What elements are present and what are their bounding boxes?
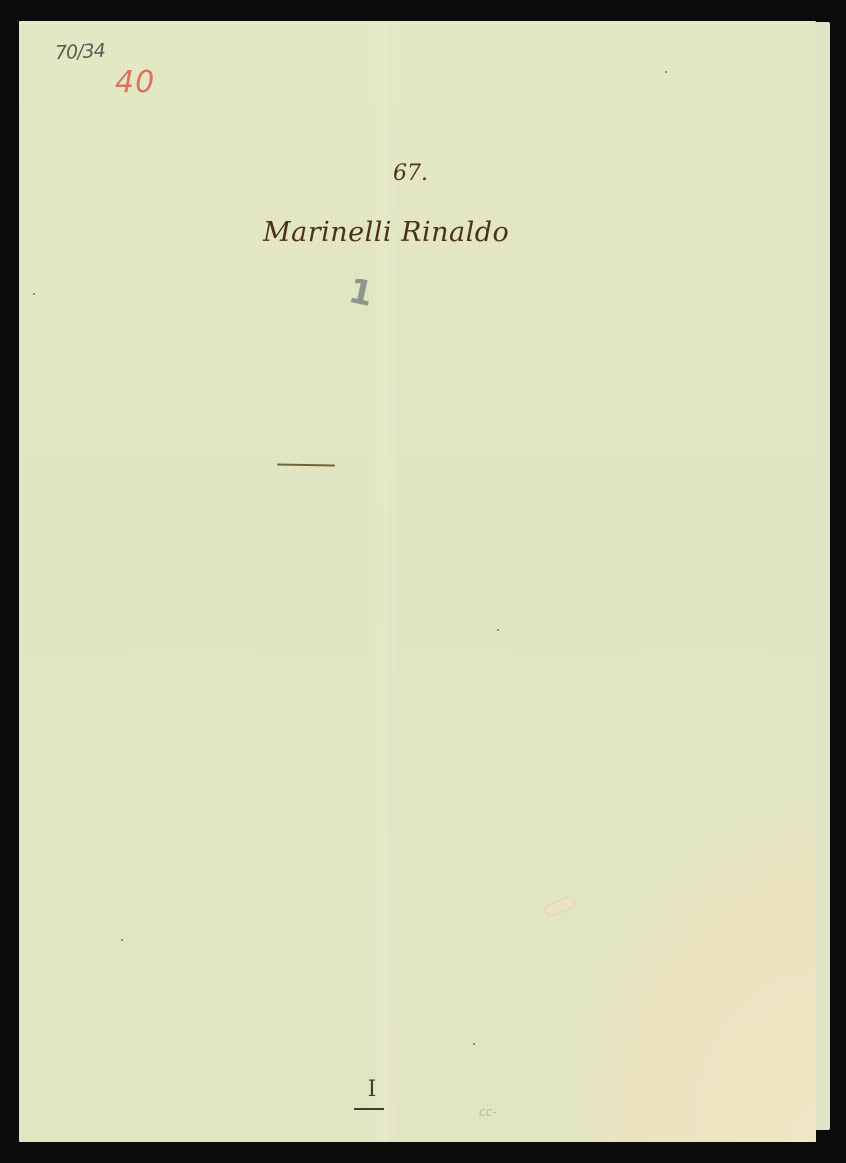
paper-speck: [121, 939, 123, 941]
handwritten-name: Marinelli Rinaldo: [263, 217, 509, 248]
paper-speck: [33, 293, 35, 295]
volume-mark-text: I: [368, 1077, 377, 1102]
fold-crease: [371, 21, 397, 1142]
folio-number: 40: [115, 65, 155, 100]
archive-number: 70/34: [54, 40, 105, 65]
front-sheet: 70/34 40 67. Marinelli Rinaldo 1 I cc-: [19, 21, 816, 1142]
faint-scribble: cc-: [479, 1105, 497, 1119]
paper-speck: [473, 1043, 475, 1045]
corner-stain: [576, 812, 816, 1142]
item-number: 67.: [393, 161, 428, 186]
paper-flake: [544, 896, 576, 917]
paper-speck: [665, 71, 667, 73]
document-scan: 70/34 40 67. Marinelli Rinaldo 1 I cc-: [0, 0, 846, 1163]
ink-stroke: [277, 463, 335, 466]
paper-speck: [497, 629, 499, 631]
volume-mark: I: [352, 1077, 392, 1102]
volume-mark-underline: [354, 1108, 384, 1110]
